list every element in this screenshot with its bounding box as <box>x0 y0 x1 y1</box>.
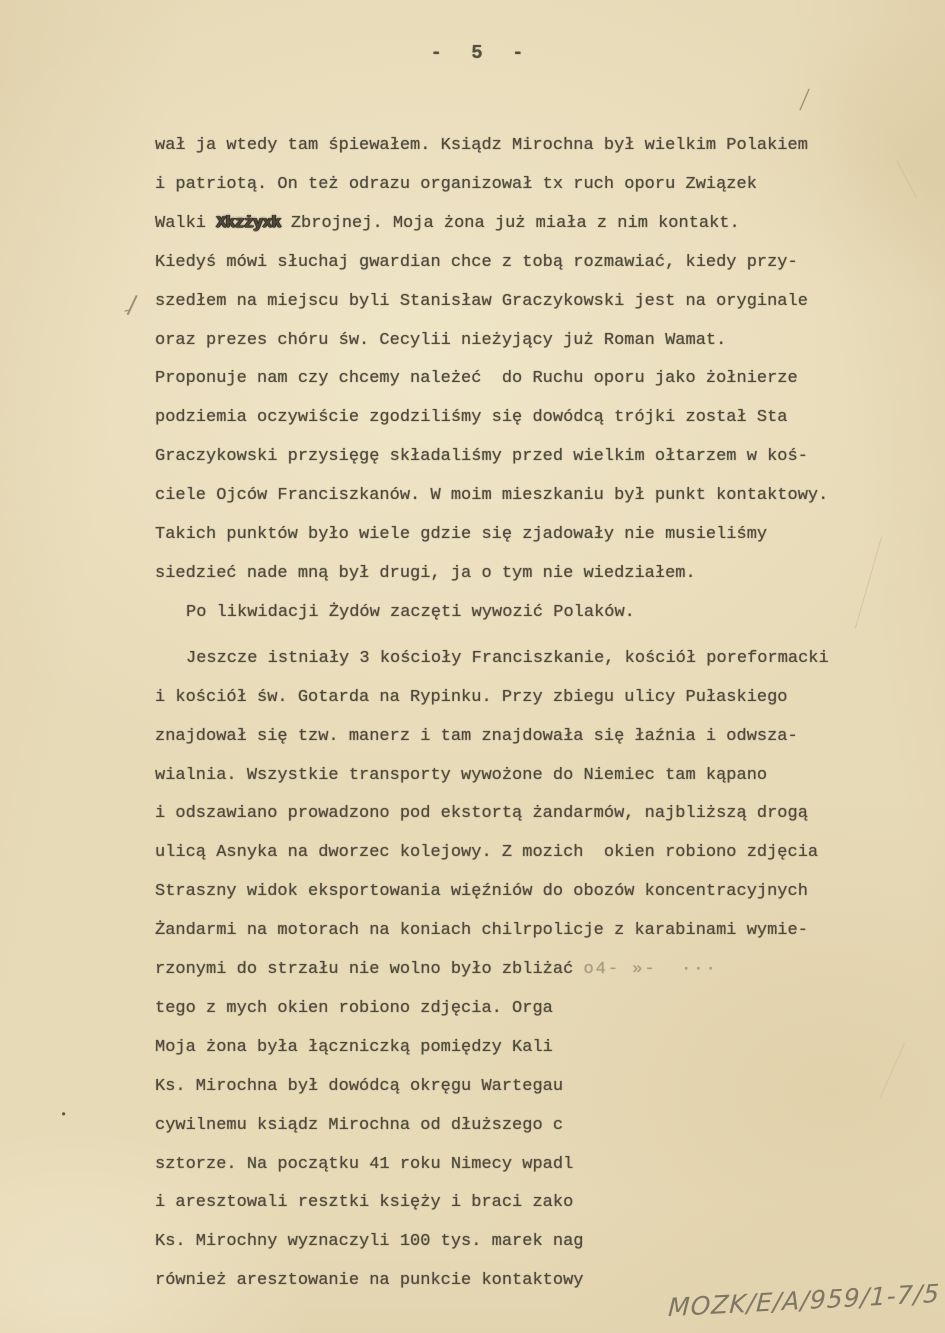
typed-line: rzonymi do strzału nie wolno było zbliża… <box>155 951 895 990</box>
struck-out-word: Xkzżyxk <box>216 214 280 233</box>
typed-line: tego z mych okien robiono zdjęcia. Orga <box>155 990 895 1029</box>
typed-line: Ks. Mirochny wyznaczyli 100 tys. marek n… <box>155 1223 895 1262</box>
typed-text-block: wał ja wtedy tam śpiewałem. Ksiądz Miroc… <box>155 127 895 1301</box>
typed-segment: Walki <box>155 214 216 233</box>
typed-line: cywilnemu ksiądz Mirochna od dłuższego c <box>155 1107 895 1146</box>
paper-scratch <box>896 160 917 198</box>
typed-line: ulicą Asnyka na dworzec kolejowy. Z mozi… <box>155 834 895 873</box>
typed-line: Kiedyś mówi słuchaj gwardian chce z tobą… <box>155 244 895 283</box>
typed-line: Moja żona była łączniczką pomiędzy Kali <box>155 1029 895 1068</box>
typed-line: Po likwidacji Żydów zaczęti wywozić Pola… <box>155 594 895 633</box>
ink-dot-bottom-left: • <box>60 1108 67 1122</box>
typed-line: Takich punktów było wiele gdzie się zjad… <box>155 516 895 555</box>
typed-line: ciele Ojców Franciszkanów. W moim mieszk… <box>155 477 895 516</box>
typed-line: Proponuje nam czy chcemy należeć do Ruch… <box>155 360 895 399</box>
pencil-slash-mark-top-right: / <box>798 84 810 116</box>
typed-line: i kościół św. Gotarda na Rypinku. Przy z… <box>155 679 895 718</box>
typed-line: Żandarmi na motorach na koniach chilrpol… <box>155 912 895 951</box>
typed-line: siedzieć nade mną był drugi, ja o tym ni… <box>155 555 895 594</box>
typed-line: i aresztowali resztki księży i braci zak… <box>155 1184 895 1223</box>
typed-line: Jeszcze istniały 3 kościoły Franciszkani… <box>155 640 895 679</box>
page-number: - 5 - <box>0 42 945 64</box>
typed-segment: Zbrojnej. Moja żona już miała z nim kont… <box>281 214 740 233</box>
scanned-document-page: - 5 - / / - • wał ja wtedy tam śpiewałem… <box>0 0 945 1333</box>
typed-line: i odszawiano prowadzono pod ekstortą żan… <box>155 795 895 834</box>
typed-segment: rzonymi do strzału nie wolno było zbliża… <box>155 960 583 979</box>
typed-line: wał ja wtedy tam śpiewałem. Ksiądz Miroc… <box>155 127 895 166</box>
typed-line: Ks. Mirochna był dowódcą okręgu Wartegau <box>155 1068 895 1107</box>
typed-line: i patriotą. On też odrazu organizował tx… <box>155 166 895 205</box>
typed-line: Graczykowski przysięgę składaliśmy przed… <box>155 438 895 477</box>
typed-line: znajdował się tzw. manerz i tam znajdowa… <box>155 718 895 757</box>
typed-line: podziemia oczywiście zgodziliśmy się dow… <box>155 399 895 438</box>
typed-line: oraz prezes chóru św. Cecylii nieżyjący … <box>155 322 895 361</box>
typed-line: Straszny widok eksportowania więźniów do… <box>155 873 895 912</box>
faded-typed-marks: o4- »- ··· <box>583 960 717 979</box>
typed-line: sztorze. Na początku 41 roku Nimecy wpad… <box>155 1146 895 1185</box>
typed-line: Walki Xkzżyxk Zbrojnej. Moja żona już mi… <box>155 205 895 244</box>
typed-line: szedłem na miejscu byli Stanisław Graczy… <box>155 283 895 322</box>
typed-line: wialnia. Wszystkie transporty wywożone d… <box>155 757 895 796</box>
